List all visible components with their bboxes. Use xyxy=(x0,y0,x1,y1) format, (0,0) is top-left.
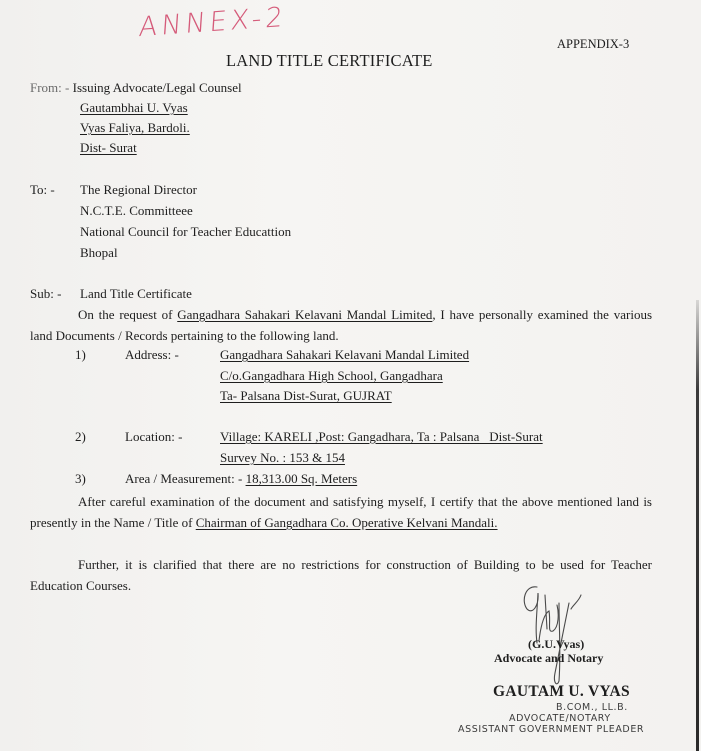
intro-paragraph: On the request of Gangadhara Sahakari Ke… xyxy=(30,304,652,346)
item-2-label: Location: - xyxy=(125,429,182,445)
signatory-designation: Advocate and Notary xyxy=(494,650,603,666)
certification-holder: Chairman of Gangadhara Co. Operative Kel… xyxy=(196,515,498,530)
intro-organisation: Gangadhara Sahakari Kelavani Mandal Limi… xyxy=(177,307,432,322)
subject-label: Sub: - xyxy=(30,286,61,302)
stamp-qualification: B.COM., LL.B. xyxy=(556,702,628,713)
intro-prefix: On the request of xyxy=(78,307,177,322)
to-line-2: N.C.T.E. Committeee xyxy=(80,203,193,219)
item-1-line-1: Gangadhara Sahakari Kelavani Mandal Limi… xyxy=(220,347,469,363)
item-2-number: 2) xyxy=(75,429,86,445)
to-label: To: - xyxy=(30,182,55,198)
item-3-label: Area / Measurement: - xyxy=(125,471,246,486)
item-1-line-3: Ta- Palsana Dist-Surat, GUJRAT xyxy=(220,388,392,404)
item-1-label: Address: - xyxy=(125,347,179,363)
to-line-4: Bhopal xyxy=(80,245,118,261)
item-1-number: 1) xyxy=(75,347,86,363)
certification-paragraph: After careful examination of the documen… xyxy=(30,491,652,533)
stamp-office: ASSISTANT GOVERNMENT PLEADER xyxy=(458,724,644,735)
handwritten-annex-note: ANNEX-2 xyxy=(138,2,288,44)
subject-text: Land Title Certificate xyxy=(80,286,192,302)
item-2-line-1: Village: KARELI ,Post: Gangadhara, Ta : … xyxy=(220,429,543,445)
stamp-name: GAUTAM U. VYAS xyxy=(493,683,630,701)
to-line-3: National Council for Teacher Educattion xyxy=(80,224,291,240)
item-3-value: 18,313.00 Sq. Meters xyxy=(246,471,358,486)
appendix-label: APPENDIX-3 xyxy=(557,37,629,52)
from-line-3: Vyas Faliya, Bardoli. xyxy=(80,120,190,136)
document-title: LAND TITLE CERTIFICATE xyxy=(226,51,433,71)
item-2-line-2: Survey No. : 153 & 154 xyxy=(220,450,345,466)
from-line-2: Gautambhai U. Vyas xyxy=(80,100,188,116)
document-page: ANNEX-2 APPENDIX-3 LAND TITLE CERTIFICAT… xyxy=(0,0,701,751)
to-line-1: The Regional Director xyxy=(80,182,197,198)
from-line-1: Issuing Advocate/Legal Counsel xyxy=(73,80,242,95)
from-label: From: - xyxy=(30,80,69,95)
stamp-role: ADVOCATE/NOTARY xyxy=(509,713,611,724)
scan-edge-border xyxy=(696,300,699,751)
item-3-number: 3) xyxy=(75,471,86,487)
item-1-line-2: C/o.Gangadhara High School, Gangadhara xyxy=(220,368,443,384)
from-line-4: Dist- Surat xyxy=(80,140,137,156)
